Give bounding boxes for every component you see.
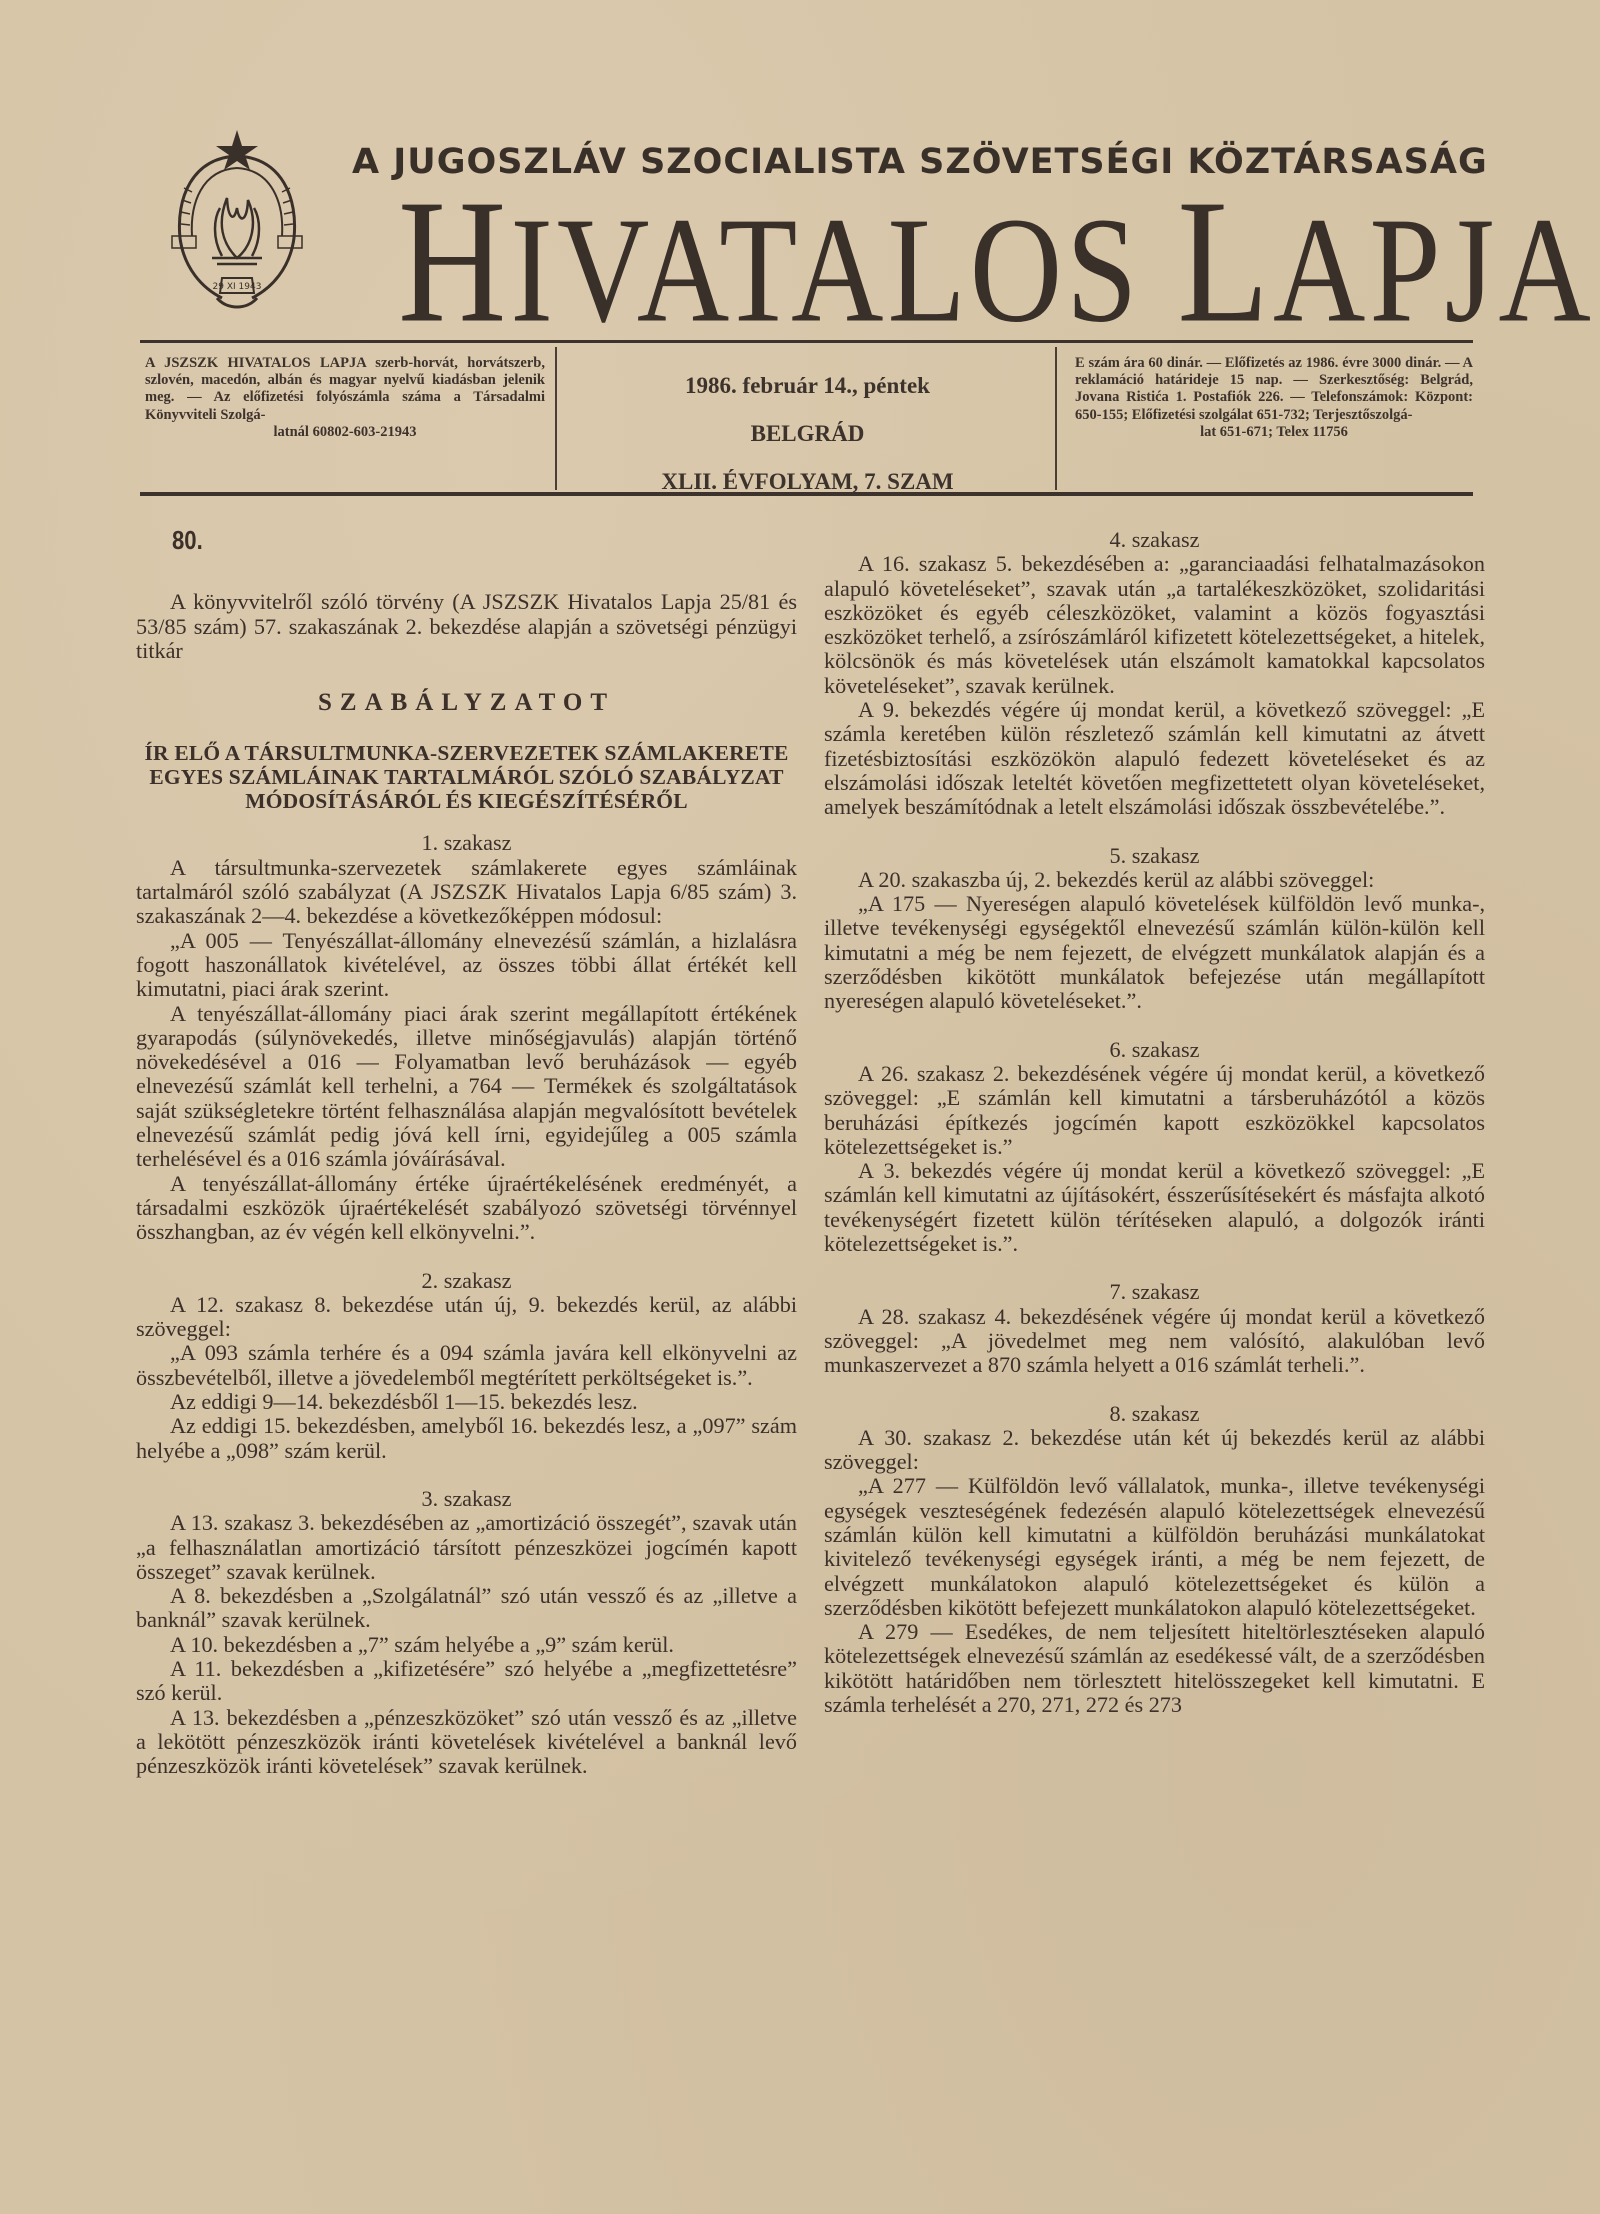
paragraph: „A 277 — Külföldön levő vállalatok, munk… bbox=[824, 1474, 1485, 1620]
publication-info-account: latnál 60802-603-21943 bbox=[145, 424, 545, 441]
publication-title: HIVATALOS LAPJA bbox=[398, 186, 1458, 345]
paragraph: A 26. szakasz 2. bekezdésének végére új … bbox=[824, 1062, 1485, 1159]
svg-text:29 XI 1943: 29 XI 1943 bbox=[213, 282, 262, 292]
document-title: ÍR ELŐ A TÁRSULTMUNKA-SZERVEZETEK SZÁMLA… bbox=[136, 741, 797, 813]
section-6-label: 6. szakasz bbox=[824, 1038, 1485, 1062]
document-number: 80. bbox=[172, 528, 703, 552]
paragraph: A 20. szakaszba új, 2. bekezdés kerül az… bbox=[824, 868, 1485, 892]
section-1-label: 1. szakasz bbox=[136, 831, 797, 855]
section-4-label: 4. szakasz bbox=[824, 528, 1485, 552]
paragraph: A 10. bekezdésben a „7” szám helyébe a „… bbox=[136, 1633, 797, 1657]
publication-info-body: A JSZSZK HIVATALOS LAPJA szerb-horvát, h… bbox=[145, 355, 545, 423]
section-3-label: 3. szakasz bbox=[136, 1487, 797, 1511]
pricing-contact-body: E szám ára 60 dinár. — Előfizetés az 198… bbox=[1075, 355, 1473, 423]
paragraph: „A 005 — Tenyészállat-állomány elnevezés… bbox=[136, 929, 797, 1002]
paragraph: A 30. szakasz 2. bekezdése után két új b… bbox=[824, 1426, 1485, 1475]
paragraph: A tenyészállat-állomány piaci árak szeri… bbox=[136, 1002, 797, 1172]
issue-date: 1986. február 14., péntek bbox=[560, 362, 1055, 410]
paragraph: A 13. szakasz 3. bekezdésében az „amorti… bbox=[136, 1511, 797, 1584]
column-left: 80. A könyvvitelről szóló törvény (A JSZ… bbox=[136, 528, 797, 1778]
paragraph: „A 175 — Nyereségen alapuló követelések … bbox=[824, 892, 1485, 1013]
issue-info: 1986. február 14., péntek BELGRÁD XLII. … bbox=[560, 362, 1055, 506]
gazette-page: 29 XI 1943 A JUGOSZLÁV SZOCIALISTA SZÖVE… bbox=[0, 0, 1600, 2214]
section-5-label: 5. szakasz bbox=[824, 844, 1485, 868]
paragraph: A 16. szakasz 5. bekezdésében a: „garanc… bbox=[824, 552, 1485, 698]
paragraph: Az eddigi 9—14. bekezdésből 1—15. bekezd… bbox=[136, 1390, 797, 1414]
issue-city: BELGRÁD bbox=[560, 410, 1055, 458]
title-initial-l: L bbox=[1177, 164, 1273, 360]
paragraph: A társultmunka-szervezetek számlakerete … bbox=[136, 856, 797, 929]
paragraph: A 8. bekezdésben a „Szolgálatnál” szó ut… bbox=[136, 1584, 797, 1633]
masthead-top-rule bbox=[140, 340, 1473, 343]
issue-volume: XLII. ÉVFOLYAM, 7. SZAM bbox=[560, 458, 1055, 506]
paragraph: A 279 — Esedékes, de nem teljesített hit… bbox=[824, 1620, 1485, 1717]
column-right: 4. szakasz A 16. szakasz 5. bekezdésében… bbox=[824, 528, 1485, 1717]
paragraph: A tenyészállat-állomány értéke újraérték… bbox=[136, 1172, 797, 1245]
paragraph: „A 093 számla terhére és a 094 számla ja… bbox=[136, 1341, 797, 1390]
document-heading: SZABÁLYZATOT bbox=[136, 691, 797, 715]
section-7-label: 7. szakasz bbox=[824, 1280, 1485, 1304]
masthead-divider-right bbox=[1055, 347, 1057, 490]
publication-info: A JSZSZK HIVATALOS LAPJA szerb-horvát, h… bbox=[145, 355, 545, 441]
paragraph: A 28. szakasz 4. bekezdésének végére új … bbox=[824, 1305, 1485, 1378]
paragraph: A 11. bekezdésben a „kifizetésére” szó h… bbox=[136, 1657, 797, 1706]
paragraph: A 12. szakasz 8. bekezdése után új, 9. b… bbox=[136, 1293, 797, 1342]
paragraph: A 9. bekezdés végére új mondat kerül, a … bbox=[824, 698, 1485, 819]
coat-of-arms-icon: 29 XI 1943 bbox=[162, 128, 312, 318]
paragraph: Az eddigi 15. bekezdésben, amelyből 16. … bbox=[136, 1414, 797, 1463]
paragraph: A 13. bekezdésben a „pénzeszközöket” szó… bbox=[136, 1706, 797, 1779]
title-rest-ivatalos: IVATALOS bbox=[510, 186, 1141, 354]
title-rest-apja: APJA bbox=[1273, 186, 1595, 354]
republic-name: A JUGOSZLÁV SZOCIALISTA SZÖVETSÉGI KÖZTÁ… bbox=[352, 142, 1452, 182]
pricing-contact-telex: lat 651-671; Telex 11756 bbox=[1075, 424, 1473, 441]
title-initial-h: H bbox=[398, 164, 510, 360]
section-2-label: 2. szakasz bbox=[136, 1269, 797, 1293]
masthead-divider-left bbox=[555, 347, 557, 490]
pricing-contact-info: E szám ára 60 dinár. — Előfizetés az 198… bbox=[1075, 355, 1473, 441]
preamble: A könyvvitelről szóló törvény (A JSZSZK … bbox=[136, 590, 797, 663]
paragraph: A 3. bekezdés végére új mondat kerül a k… bbox=[824, 1159, 1485, 1256]
section-8-label: 8. szakasz bbox=[824, 1402, 1485, 1426]
